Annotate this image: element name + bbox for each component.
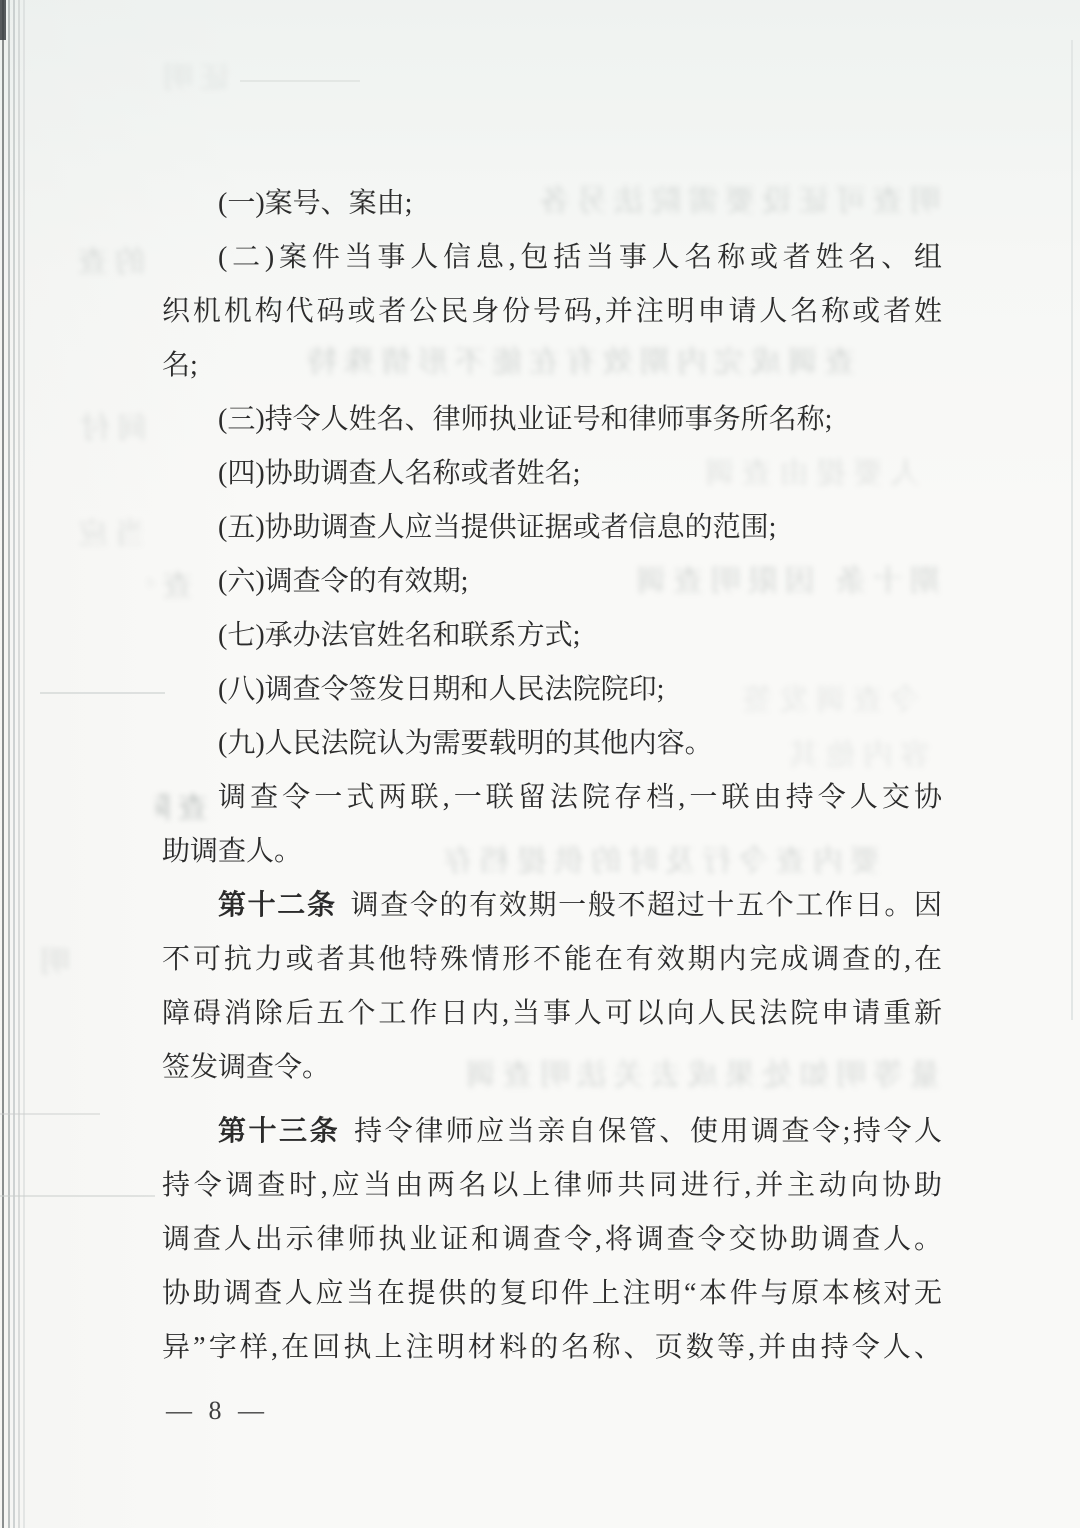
stacked-page-edge xyxy=(23,0,25,1528)
text-line: 名; xyxy=(162,339,942,393)
scan-line-artifact xyxy=(40,692,165,694)
bleed-through-text: 明 xyxy=(25,944,70,982)
stacked-page-edge xyxy=(13,0,15,1528)
text-line: 织机机构代码或者公民身份号码,并注明申请人名称或者姓 xyxy=(162,285,942,339)
text-line: 调查人出示律师执业证和调查令,将调查令交协助调查人。 xyxy=(162,1213,942,1267)
page-number: — 8 — xyxy=(166,1396,269,1426)
text-line: (四)协助调查人名称或者姓名; xyxy=(162,447,942,501)
text-line: 助调查人。 xyxy=(162,825,942,879)
right-edge-line xyxy=(1071,40,1073,1020)
text-line: (六)调查令的有效期; xyxy=(162,555,942,609)
stacked-page-edge xyxy=(8,0,10,1528)
text-line: (八)调查令签发日期和人民法院院印; xyxy=(162,663,942,717)
text-line: (一)案号、案由; xyxy=(162,177,942,231)
text-line: 持令调查时,应当由两名以上律师共同进行,并主动向协助 xyxy=(162,1159,942,1213)
stacked-page-edge xyxy=(2,0,4,1528)
scan-line-artifact xyxy=(0,1113,100,1115)
text-line: 签发调查令。 xyxy=(162,1041,942,1095)
line-text: 持令律师应当亲自保管、使用调查令;持令人 xyxy=(354,1116,942,1147)
scan-line-artifact xyxy=(0,1195,155,1197)
text-line: 协助调查人应当在提供的复印件上注明“本件与原本核对无 xyxy=(162,1267,942,1321)
text-line: (二)案件当事人信息,包括当事人名称或者姓名、组 xyxy=(162,231,942,285)
scan-line-artifact xyxy=(240,80,360,82)
stacked-page-edge xyxy=(18,0,20,1528)
page-corner-shadow xyxy=(0,0,6,40)
text-line: 第十二条调查令的有效期一般不超过十五个工作日。因 xyxy=(162,879,942,933)
bleed-through-text: 证明 xyxy=(135,60,230,98)
text-line: 障碍消除后五个工作日内,当事人可以向人民法院申请重新 xyxy=(162,987,942,1041)
bleed-through-text: 当应 xyxy=(60,516,145,554)
text-line: 异”字样,在回执上注明材料的名称、页数等,并由持令人、 xyxy=(162,1321,942,1375)
text-line: (三)持令人姓名、律师执业证号和律师事务所名称; xyxy=(162,393,942,447)
bleed-through-text: 间付 xyxy=(62,410,147,448)
document-body: (一)案号、案由;(二)案件当事人信息,包括当事人名称或者姓名、组织机机构代码或… xyxy=(162,177,942,1375)
article-number: 第十三条 xyxy=(218,1116,340,1147)
text-line: (五)协助调查人应当提供证据或者信息的范围; xyxy=(162,501,942,555)
text-line: 调查令一式两联,一联留法院存档,一联由持令人交协 xyxy=(162,771,942,825)
text-line: 不可抗力或者其他特殊情形不能在有效期内完成调查的,在 xyxy=(162,933,942,987)
article-number: 第十二条 xyxy=(218,890,337,921)
text-line: (九)人民法院认为需要载明的其他内容。 xyxy=(162,717,942,771)
text-line: (七)承办法官姓名和联系方式; xyxy=(162,609,942,663)
text-line: 第十三条持令律师应当亲自保管、使用调查令;持令人 xyxy=(162,1105,942,1159)
line-text: 调查令的有效期一般不超过十五个工作日。因 xyxy=(351,890,942,921)
bleed-through-text: 的查 xyxy=(60,244,145,282)
